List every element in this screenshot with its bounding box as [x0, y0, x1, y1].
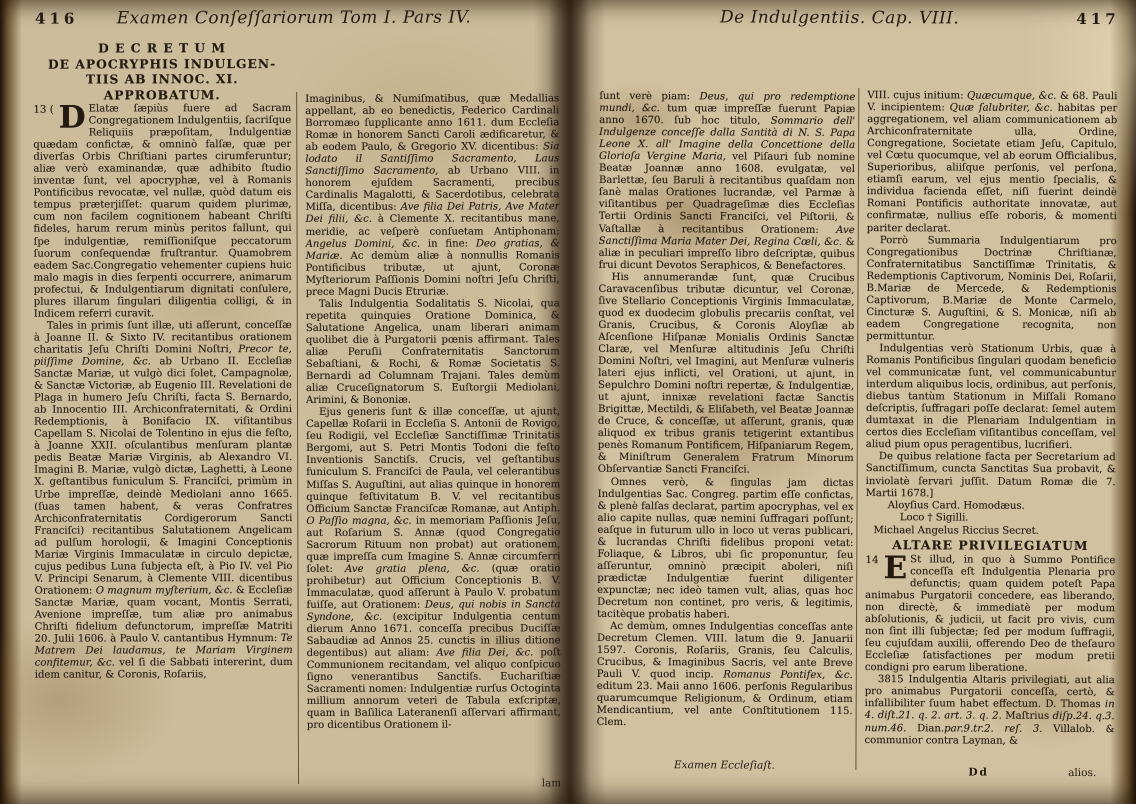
- right-column-1: ſunt verè piam: Deus, qui pro redemption…: [596, 91, 855, 758]
- paragraph: Omnes verò, & ſingulas jam dictas Indulg…: [597, 476, 854, 622]
- margin-number: 3814: [864, 554, 881, 566]
- book-spread: 416 Examen Conſeſſariorum Tom I. Pars IV…: [0, 0, 1136, 804]
- left-page-content: 416 Examen Conſeſſariorum Tom I. Pars IV…: [0, 0, 569, 804]
- paragraph: 3815 Indulgentia Altaris privilegiati, a…: [864, 674, 1114, 747]
- catchword-left: lam: [307, 777, 561, 790]
- running-title-left: Examen Conſeſſariorum Tom I. Pars IV.: [59, 7, 529, 28]
- column-divider-right: [855, 88, 859, 770]
- signature-title: Examen Eccleſiaſt.: [596, 759, 852, 772]
- paragraph: Porrò Summaria Indulgentiarum pro Congre…: [866, 235, 1116, 345]
- running-title-right: De Indulgentiis. Cap. VIII.: [660, 7, 1020, 29]
- paragraph: His annumerandæ ſunt, quæ Crucibus Carav…: [598, 272, 855, 478]
- column-divider-left: [296, 92, 299, 784]
- paragraph: De quibus relatione facta per Secretariu…: [866, 451, 1116, 500]
- text-line: Aloyſius Card. Homodæus.: [888, 500, 1116, 514]
- paragraph: 3814ESt illud, in quo à Summo Pontifice …: [865, 554, 1116, 676]
- left-column-2: Imaginibus, & Numiſmatibus, quæ Medallia…: [305, 93, 561, 774]
- paragraph: Ejus generis ſunt & illæ conceſſæ, ut aj…: [306, 406, 561, 732]
- right-column-2: VIII. cujus initium: Quæcumque, &c. & 68…: [864, 90, 1117, 771]
- page-number-right: 417: [1076, 10, 1119, 28]
- catchword-right: alios.: [1068, 767, 1096, 779]
- section-heading: D E C R E T U M: [33, 41, 291, 56]
- paragraph: VIII. cujus initium: Quæcumque, &c. & 68…: [867, 90, 1118, 236]
- section-heading: DE APOCRYPHIS INDULGEN-: [33, 56, 291, 71]
- drop-cap: E: [881, 554, 910, 581]
- section-heading: ALTARE PRIVILEGIATUM: [865, 538, 1115, 554]
- text-line: Michael Angelus Riccius Secret.: [873, 525, 1115, 539]
- paragraph: Indulgentias verò Stationum Urbis, quæ à…: [866, 343, 1116, 453]
- left-column-1: D E C R E T U MDE APOCRYPHIS INDULGEN-TI…: [33, 40, 293, 797]
- paragraph: Ac demùm, omnes Indulgentias conceſſas a…: [597, 621, 853, 731]
- drop-cap: D: [57, 104, 89, 131]
- paragraph: Tales in primis ſunt illæ, uti aſſerunt,…: [34, 320, 293, 682]
- left-page: 416 Examen Conſeſſariorum Tom I. Pars IV…: [0, 0, 568, 804]
- right-page: De Indulgentiis. Cap. VIII. 417 ſunt ver…: [568, 0, 1136, 804]
- text-line: Loco † Sigilli.: [900, 512, 1116, 526]
- paragraph: Talis Indulgentia Sodalitatis S. Nicolai…: [306, 298, 560, 407]
- signature-mark: Dd: [968, 767, 989, 779]
- margin-number: 3813 (: [33, 104, 57, 116]
- right-page-content: De Indulgentiis. Cap. VIII. 417 ſunt ver…: [566, 0, 1136, 804]
- paragraph: Imaginibus, & Numiſmatibus, quæ Medallia…: [305, 93, 560, 298]
- section-heading: TIIS AB INNOC. XI.: [33, 72, 291, 87]
- paragraph: ſunt verè piam: Deus, qui pro redemption…: [599, 91, 856, 273]
- paragraph: 3813 (DElatæ ſæpiùs fuere ad Sacram Cong…: [33, 103, 292, 321]
